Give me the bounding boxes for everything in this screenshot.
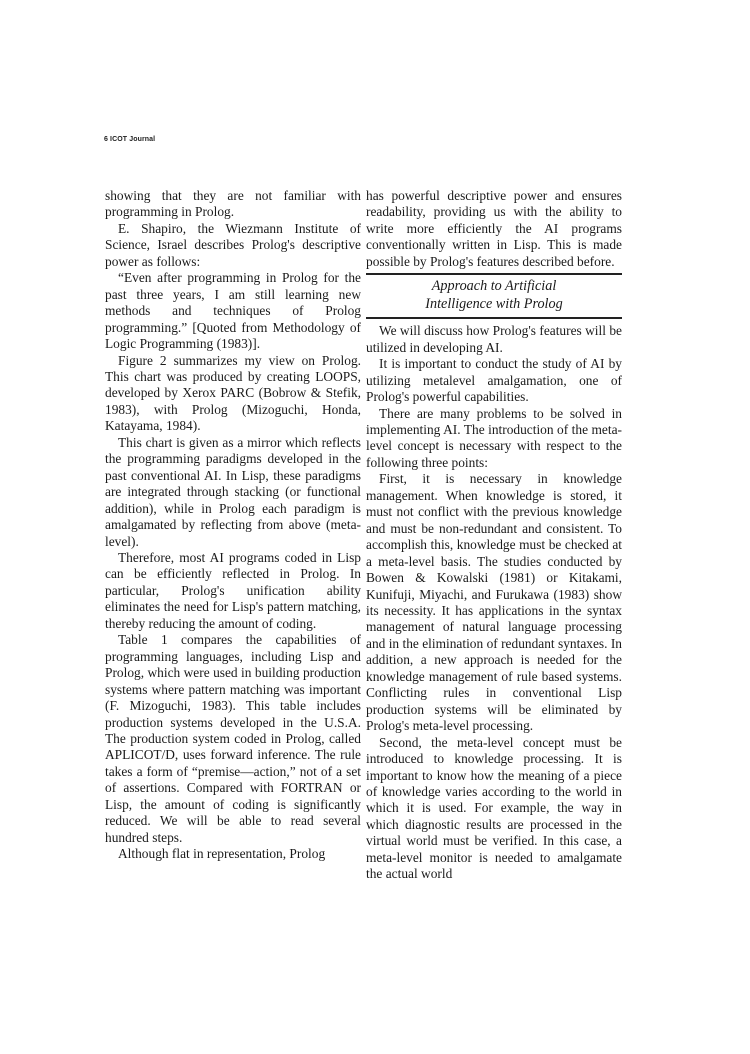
paragraph-important: It is important to conduct the study of … bbox=[366, 356, 622, 405]
paragraph-mirror: This chart is given as a mirror which re… bbox=[105, 435, 361, 550]
paragraph-continuation-right: has powerful descriptive power and ensur… bbox=[366, 188, 622, 270]
paragraph-continuation: showing that they are not familiar with … bbox=[105, 188, 361, 221]
paragraph-table-1: Table 1 compares the capabilities of pro… bbox=[105, 632, 361, 846]
paragraph-discuss: We will discuss how Prolog's features wi… bbox=[366, 323, 622, 356]
paragraph-shapiro: E. Shapiro, the Wiezmann Institute of Sc… bbox=[105, 221, 361, 270]
paragraph-first-point: First, it is necessary in knowledge mana… bbox=[366, 471, 622, 734]
running-head: 6 ICOT Journal bbox=[104, 136, 155, 143]
paragraph-figure-2: Figure 2 summarizes my view on Prolog. T… bbox=[105, 353, 361, 435]
left-column: showing that they are not familiar with … bbox=[105, 188, 361, 863]
right-column: has powerful descriptive power and ensur… bbox=[366, 188, 622, 883]
section-heading: Approach to Artificial Intelligence with… bbox=[366, 273, 622, 319]
paragraph-therefore: Therefore, most AI programs coded in Lis… bbox=[105, 550, 361, 632]
paragraph-although: Although flat in representation, Prolog bbox=[105, 846, 361, 862]
paragraph-problems: There are many problems to be solved in … bbox=[366, 406, 622, 472]
section-heading-line-1: Approach to Artificial bbox=[366, 278, 622, 296]
paragraph-second-point: Second, the meta-level concept must be i… bbox=[366, 735, 622, 883]
paragraph-quote: “Even after programming in Prolog for th… bbox=[105, 270, 361, 352]
section-heading-line-2: Intelligence with Prolog bbox=[366, 296, 622, 314]
